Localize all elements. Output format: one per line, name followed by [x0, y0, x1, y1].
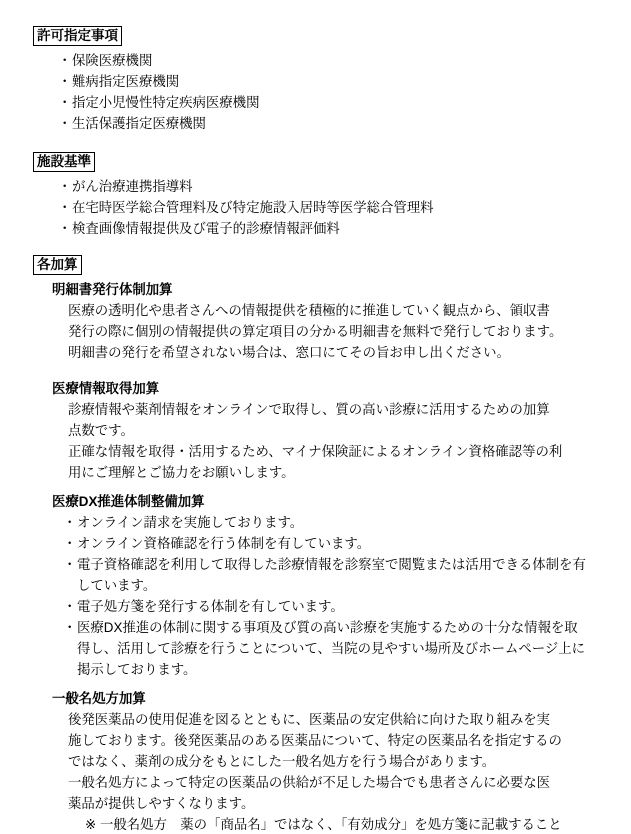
- generic-name-note: ※ 一般名処方 薬の「商品名」ではなく、「有効成分」を処方箋に記載すること: [85, 814, 591, 834]
- list-item-text: オンライン資格確認を行う体制を有しています。: [77, 533, 591, 554]
- list-item-text: 在宅時医学総合管理料及び特定施設入居時等医学総合管理料: [72, 197, 591, 218]
- list-item: ・ 生活保護指定医療機関: [58, 113, 591, 134]
- list-item: ・ 電子資格確認を利用して取得した診療情報を診察室で閲覧または活用できる体制を有…: [63, 554, 591, 596]
- subsection-medical-info-acquisition: 医療情報取得加算 診療情報や薬剤情報をオンラインで取得し、質の高い診療に活用する…: [33, 378, 591, 483]
- list-item-text: 検査画像情報提供及び電子的診療情報評価料: [72, 218, 591, 239]
- facility-list: ・ がん治療連携指導料 ・ 在宅時医学総合管理料及び特定施設入居時等医学総合管理…: [33, 176, 591, 239]
- bullet-icon: ・: [63, 533, 77, 554]
- list-item-text: 電子資格確認を利用して取得した診療情報を診察室で閲覧または活用できる体制を有して…: [77, 554, 591, 596]
- list-item: ・ オンライン資格確認を行う体制を有しています。: [63, 533, 591, 554]
- permits-list: ・ 保険医療機関 ・ 難病指定医療機関 ・ 指定小児慢性特定疾病医療機関 ・ 生…: [33, 50, 591, 134]
- medical-dx-list: ・ オンライン請求を実施しております。 ・ オンライン資格確認を行う体制を有して…: [33, 512, 591, 680]
- body-paragraph: 後発医薬品の使用促進を図るとともに、医薬品の安定供給に向けた取り組みを実施してお…: [68, 709, 563, 772]
- list-item-text: 電子処方箋を発行する体制を有しています。: [77, 596, 591, 617]
- document-page: 許可指定事項 ・ 保険医療機関 ・ 難病指定医療機関 ・ 指定小児慢性特定疾病医…: [0, 0, 631, 834]
- subsection-title: 明細書発行体制加算: [52, 279, 591, 300]
- list-item: ・ オンライン請求を実施しております。: [63, 512, 591, 533]
- list-item: ・ 電子処方箋を発行する体制を有しています。: [63, 596, 591, 617]
- list-item: ・ 在宅時医学総合管理料及び特定施設入居時等医学総合管理料: [58, 197, 591, 218]
- bullet-icon: ・: [58, 197, 72, 218]
- bullet-icon: ・: [63, 617, 77, 680]
- list-item: ・ 医療DX推進の体制に関する事項及び質の高い診療を実施するための十分な情報を取…: [63, 617, 591, 680]
- list-item-text: 保険医療機関: [72, 50, 591, 71]
- list-item: ・ 難病指定医療機関: [58, 71, 591, 92]
- subsection-title: 医療DX推進体制整備加算: [52, 491, 591, 512]
- bullet-icon: ・: [58, 92, 72, 113]
- body-paragraph: 正確な情報を取得・活用するため、マイナ保険証によるオンライン資格確認等の利用にご…: [68, 441, 563, 483]
- list-item-text: オンライン請求を実施しております。: [77, 512, 591, 533]
- section-heading-facility: 施設基準: [33, 152, 95, 172]
- list-item-text: 生活保護指定医療機関: [72, 113, 591, 134]
- body-paragraph: 医療の透明化や患者さんへの情報提供を積極的に推進していく観点から、領収書発行の際…: [68, 300, 563, 342]
- body-paragraph: 診療情報や薬剤情報をオンラインで取得し、質の高い診療に活用するための加算点数です…: [68, 399, 563, 441]
- list-item-text: がん治療連携指導料: [72, 176, 591, 197]
- list-item: ・ 保険医療機関: [58, 50, 591, 71]
- list-item-text: 医療DX推進の体制に関する事項及び質の高い診療を実施するための十分な情報を取得し…: [77, 617, 591, 680]
- bullet-icon: ・: [58, 176, 72, 197]
- section-permitted-designations: 許可指定事項 ・ 保険医療機関 ・ 難病指定医療機関 ・ 指定小児慢性特定疾病医…: [33, 25, 591, 134]
- subsection-itemized-statement: 明細書発行体制加算 医療の透明化や患者さんへの情報提供を積極的に推進していく観点…: [33, 279, 591, 363]
- list-item-text: 難病指定医療機関: [72, 71, 591, 92]
- list-item-text: 指定小児慢性特定疾病医療機関: [72, 92, 591, 113]
- list-item: ・ 指定小児慢性特定疾病医療機関: [58, 92, 591, 113]
- section-facility-standards: 施設基準 ・ がん治療連携指導料 ・ 在宅時医学総合管理料及び特定施設入居時等医…: [33, 151, 591, 239]
- bullet-icon: ・: [58, 50, 72, 71]
- list-item: ・ がん治療連携指導料: [58, 176, 591, 197]
- section-heading-permits: 許可指定事項: [33, 26, 122, 46]
- subsection-title: 医療情報取得加算: [52, 378, 591, 399]
- body-paragraph: 一般名処方によって特定の医薬品の供給が不足した場合でも患者さんに必要な医薬品が提…: [68, 772, 563, 814]
- bullet-icon: ・: [63, 512, 77, 533]
- bullet-icon: ・: [58, 218, 72, 239]
- bullet-icon: ・: [63, 596, 77, 617]
- section-heading-additions: 各加算: [33, 255, 82, 275]
- list-item: ・ 検査画像情報提供及び電子的診療情報評価料: [58, 218, 591, 239]
- subsection-title: 一般名処方加算: [52, 688, 591, 709]
- bullet-icon: ・: [63, 554, 77, 596]
- bullet-icon: ・: [58, 71, 72, 92]
- bullet-icon: ・: [58, 113, 72, 134]
- section-fee-additions: 各加算 明細書発行体制加算 医療の透明化や患者さんへの情報提供を積極的に推進して…: [33, 254, 591, 834]
- body-paragraph: 明細書の発行を希望されない場合は、窓口にてその旨お申し出ください。: [68, 342, 563, 363]
- subsection-generic-name-prescription: 一般名処方加算 後発医薬品の使用促進を図るとともに、医薬品の安定供給に向けた取り…: [33, 688, 591, 834]
- subsection-medical-dx: 医療DX推進体制整備加算 ・ オンライン請求を実施しております。 ・ オンライン…: [33, 491, 591, 680]
